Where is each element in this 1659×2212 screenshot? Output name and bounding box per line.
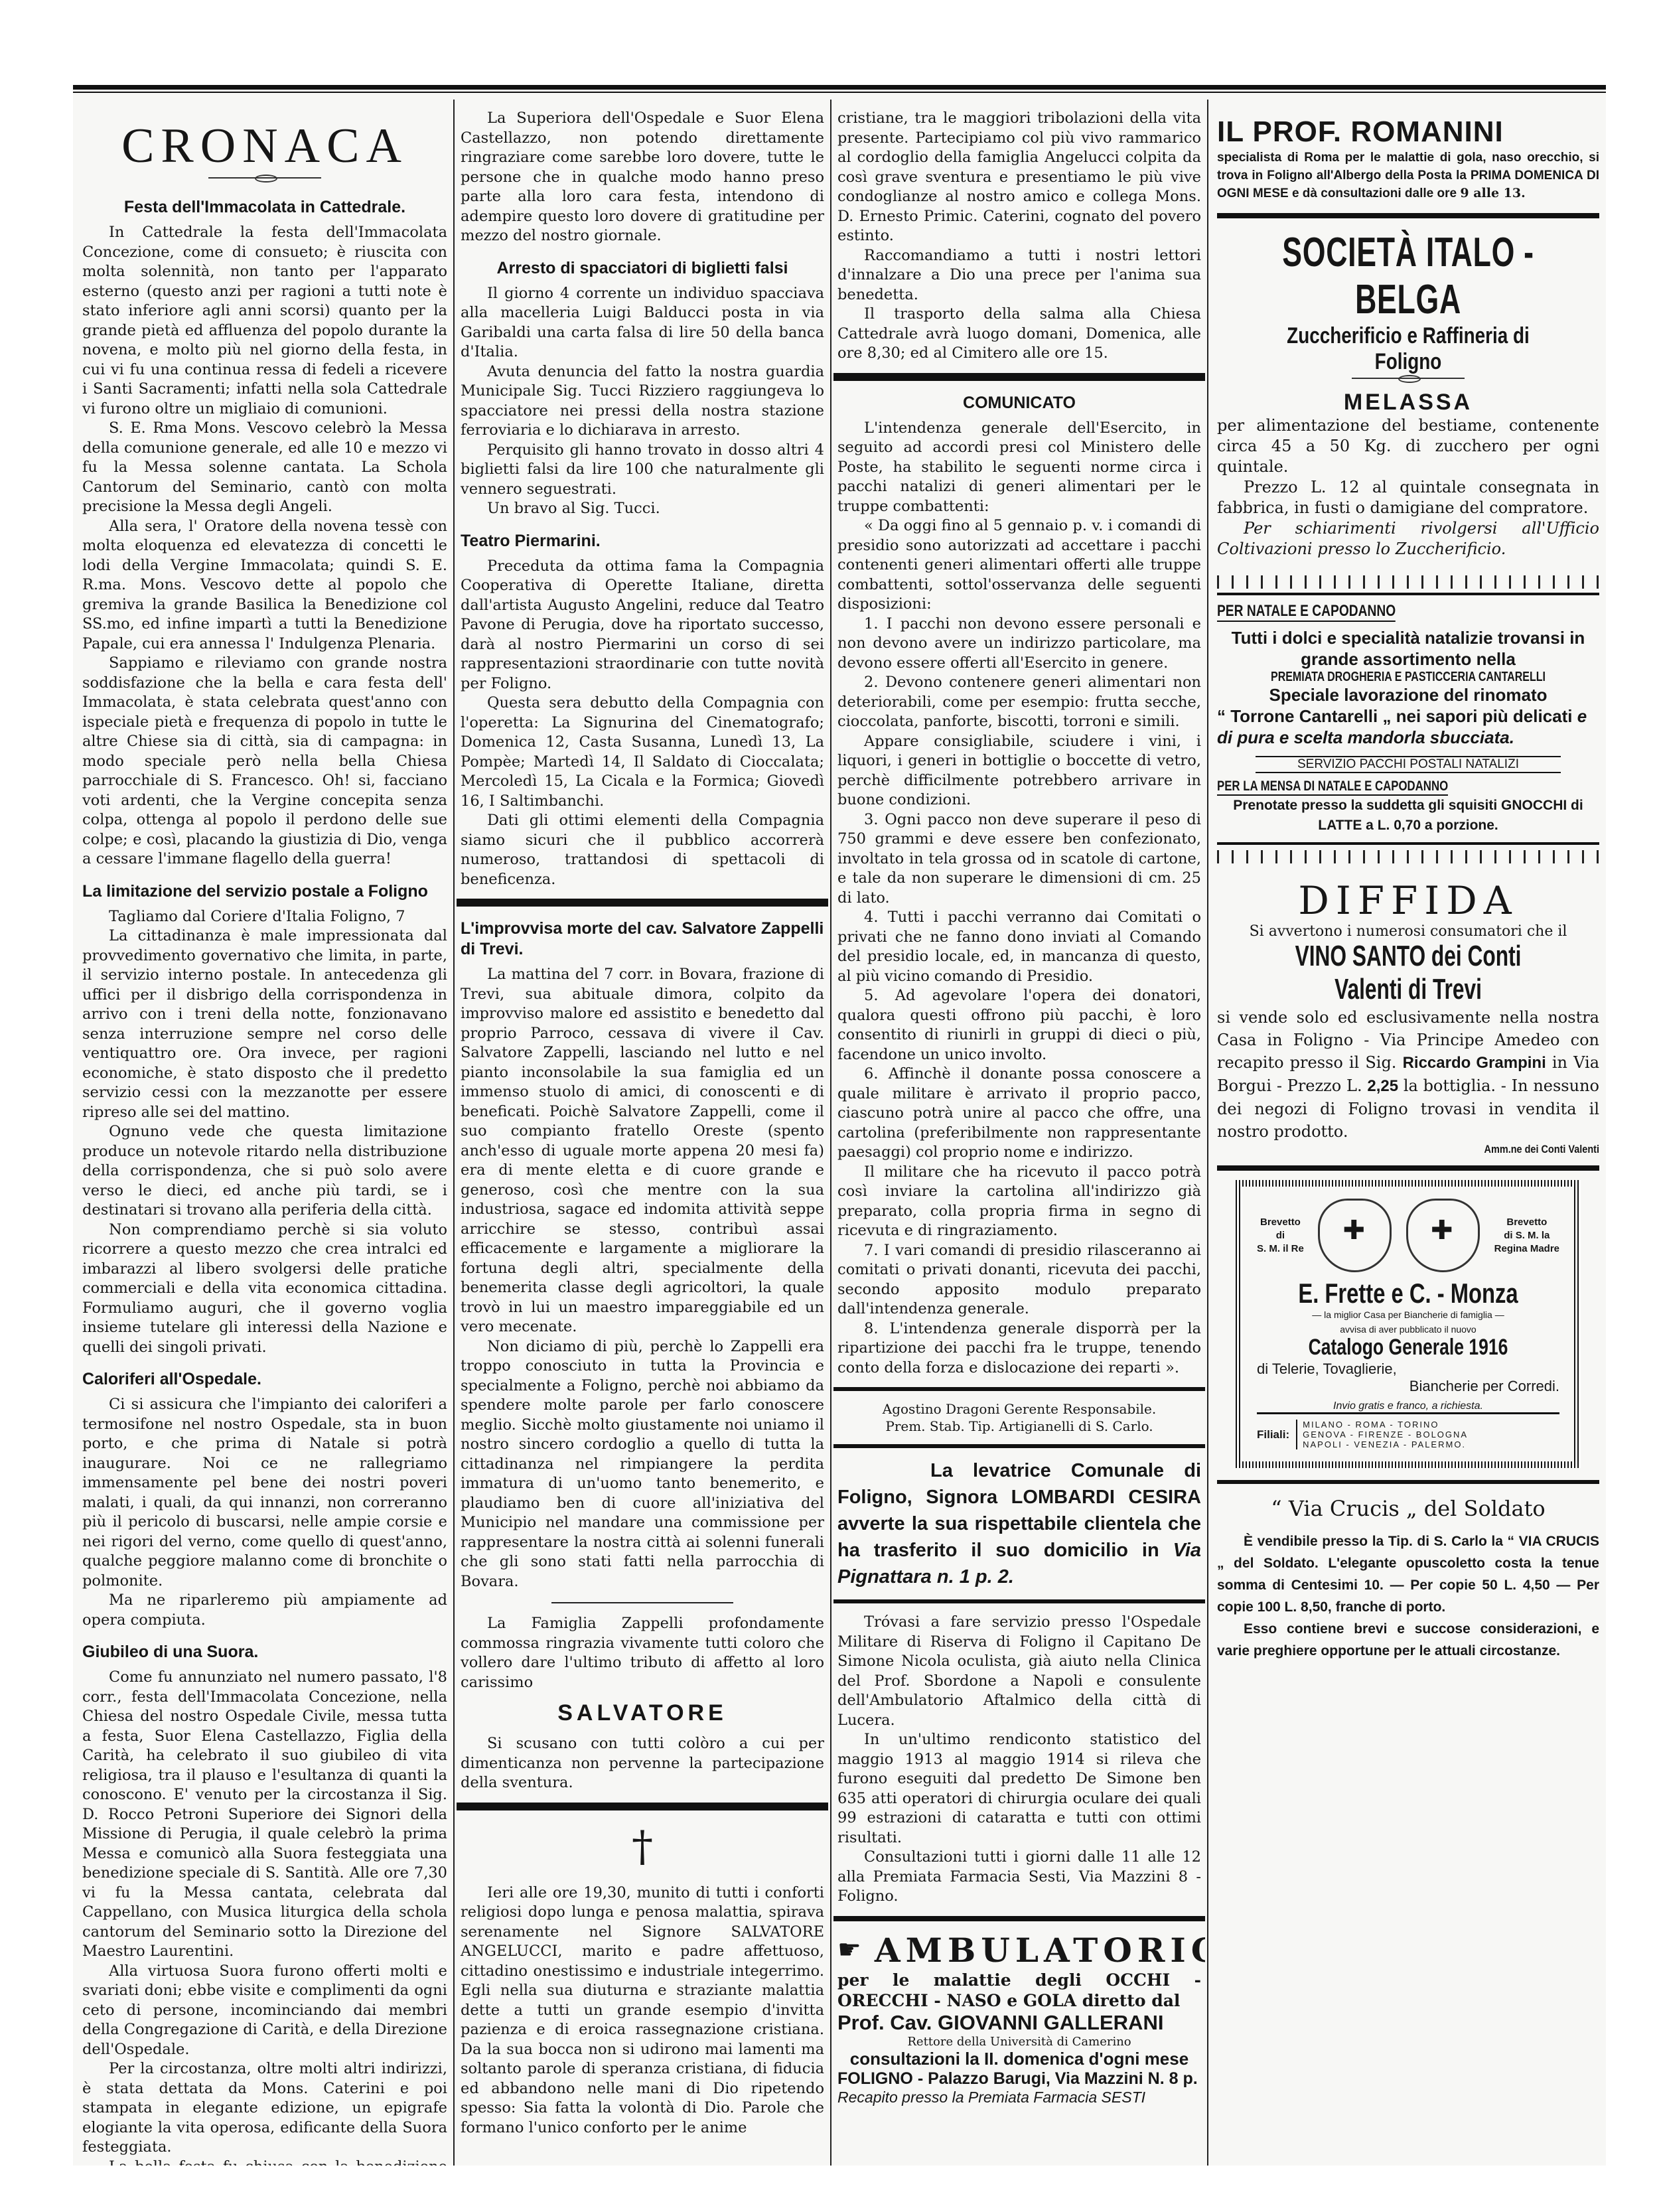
article-headline: Teatro Piermarini. (461, 531, 824, 552)
left-badge: Brevetto di S. M. il Re (1257, 1216, 1304, 1256)
article-paragraph: La cittadinanza è male impressionata dal… (82, 926, 447, 1122)
cantarelli-line2: Speciale lavorazione del rinomato (1217, 685, 1599, 705)
column-three: cristiane, tra le maggiori tribolazioni … (833, 100, 1205, 2166)
oculista-paragraph: Tróvasi a fare servizio presso l'Ospedal… (837, 1613, 1201, 1730)
italo-belga-subtitle: Zuccherificio e Raffineria di Foligno (1252, 323, 1565, 375)
article-paragraph: Non comprendiamo perchè si sia voluto ri… (82, 1220, 447, 1358)
romanini-hours: 9 alle 13. (1460, 186, 1525, 200)
comunicato-paragraph: 1. I pacchi non devono essere personali … (837, 615, 1201, 674)
article-paragraph: Il giorno 4 corrente un individuo spacci… (461, 284, 824, 362)
diffida-signature: Amm.ne dei Conti Valenti (1274, 1143, 1599, 1156)
ambulatorio-role: Rettore della Università di Camerino (837, 2035, 1201, 2049)
article-paragraph: Il trasporto della salma alla Chiesa Cat… (837, 305, 1201, 364)
diffida-product: VINO SANTO dei Conti Valenti di Trevi (1271, 940, 1546, 1006)
cantarelli-heading2: PER LA MENSA DI NATALE E CAPODANNO (1217, 778, 1448, 796)
article-paragraph: La bella festa fu chiusa con la benedizi… (82, 2158, 447, 2166)
ambulatorio-title-row: ☛ AMBULATORIO (837, 1931, 1201, 1970)
article-headline: Caloriferi all'Ospedale. (82, 1369, 447, 1390)
thanks-apology: Si scusano con tutti colòro a cui per di… (461, 1734, 824, 1793)
branch-line: NAPOLI - VENEZIA - PALERMO. (1303, 1439, 1468, 1449)
ornamental-border (1217, 842, 1599, 871)
column-divider (1207, 100, 1208, 2166)
cantarelli-torrone: “ Torrone Cantarelli „ nei sapori più de… (1217, 705, 1599, 748)
via-crucis-p1: È vendibile presso la Tip. di S. Carlo l… (1217, 1530, 1599, 1618)
frette-invio: Invio gratis e franco, a richiesta. (1257, 1400, 1559, 1414)
oculista-paragraph: In un'ultimo rendiconto statistico del m… (837, 1730, 1201, 1848)
branch-line: MILANO - ROMA - TORINO (1303, 1420, 1468, 1430)
cantarelli-shop: PREMIATA DROGHERIA E PASTICCERIA CANTARE… (1256, 670, 1561, 685)
diffida-agent: Riccardo Grampini (1403, 1054, 1546, 1072)
queen-crest-icon (1406, 1199, 1480, 1272)
badge-line: Regina Madre (1494, 1242, 1559, 1256)
ambulatorio-recapito: Recapito presso la Premiata Farmacia SES… (837, 2089, 1201, 2106)
frette-catalog: Catalogo Generale 1916 (1290, 1335, 1526, 1361)
diffida-title: DIFFIDA (1217, 878, 1599, 923)
filiali-list: MILANO - ROMA - TORINO GENOVA - FIRENZE … (1296, 1420, 1468, 1449)
frette-items1: di Telerie, Tovaglierie, (1257, 1361, 1559, 1378)
section-rule (1217, 213, 1599, 218)
article-paragraph: La mattina del 7 corr. in Bovara, frazio… (461, 965, 824, 1337)
diffida-intro: Si avvertono i numerosi consumatori che … (1217, 923, 1599, 940)
imprint-line: Prem. Stab. Tip. Artigianelli di S. Carl… (837, 1418, 1201, 1435)
article-paragraph: Ma ne riparleremo più ampiamente ad oper… (82, 1591, 447, 1630)
section-rule (1217, 1480, 1599, 1484)
article-paragraph: Preceduta da ottima fama la Compagnia Co… (461, 557, 824, 694)
article-headline: L'improvvisa morte del cav. Salvatore Za… (461, 919, 824, 960)
flourish-ornament (208, 177, 321, 185)
frette-ad: Brevetto di S. M. il Re Brevetto di S. M… (1236, 1180, 1581, 1468)
section-masthead: CRONACA (82, 118, 447, 175)
column-divider (453, 100, 455, 2166)
levatrice-notice: La levatrice Comunale di Foligno, Signor… (837, 1457, 1201, 1590)
romanini-title: IL PROF. ROMANINI (1217, 115, 1599, 149)
cantarelli-service: SERVIZIO PACCHI POSTALI NATALIZI (1256, 756, 1561, 773)
diffida-price: 2,25 (1367, 1077, 1398, 1095)
section-rule (833, 373, 1205, 381)
top-rule-thin (73, 92, 1606, 93)
article-paragraph: La Superiora dell'Ospedale e Suor Elena … (461, 109, 824, 246)
romanini-ad: specialista di Roma per le malattie di g… (1217, 149, 1599, 202)
ambulatorio-schedule: consultazioni la II. domenica d'ogni mes… (837, 2049, 1201, 2069)
article-paragraph: Avuta denuncia del fatto la nostra guard… (461, 362, 824, 441)
article-paragraph: Raccomandiamo a tutti i nostri lettori d… (837, 246, 1201, 305)
comunicato-paragraph: Il militare che ha ricevuto il pacco pot… (837, 1163, 1201, 1241)
right-badge: Brevetto di S. M. la Regina Madre (1494, 1216, 1559, 1256)
short-rule (551, 1602, 733, 1603)
melassa-contact: Per schiarimenti rivolgersi all'Ufficio … (1217, 518, 1599, 559)
filiali-label: Filiali: (1257, 1428, 1289, 1441)
article-paragraph: Alla sera, l' Oratore della novena tessè… (82, 517, 447, 654)
melassa-title: MELASSA (1217, 390, 1599, 415)
cantarelli-gnocchi: Prenotate presso la suddetta gli squisit… (1217, 796, 1599, 836)
flourish-ornament (1352, 378, 1465, 386)
romanini-body: specialista di Roma per le malattie di g… (1217, 151, 1599, 200)
section-rule (833, 1599, 1205, 1603)
article-paragraph: In Cattedrale la festa dell'Immacolata C… (82, 223, 447, 419)
badge-line: Brevetto (1257, 1216, 1304, 1229)
cantarelli-line1: Tutti i dolci e specialità natalizie tro… (1217, 627, 1599, 670)
section-rule (457, 1803, 828, 1810)
royal-crest-icon (1318, 1199, 1392, 1272)
ambulatorio-doctor: Prof. Cav. GIOVANNI GALLERANI (837, 2011, 1201, 2035)
via-crucis-title: “ Via Crucis „ del Soldato (1217, 1496, 1599, 1521)
diffida-body: si vende solo ed esclusivamente nella no… (1217, 1006, 1599, 1143)
section-rule (457, 899, 828, 907)
comunicato-paragraph: 4. Tutti i pacchi verranno dai Comitati … (837, 908, 1201, 986)
frette-branches: Filiali: MILANO - ROMA - TORINO GENOVA -… (1257, 1420, 1559, 1449)
levatrice-text: La levatrice Comunale di Foligno, Signor… (837, 1460, 1201, 1561)
torrone-text: “ Torrone Cantarelli „ nei sapori più de… (1217, 706, 1573, 726)
comunicato-paragraph: 2. Devono contenere generi alimentari no… (837, 673, 1201, 732)
badge-line: di S. M. la (1494, 1229, 1559, 1242)
column-cronaca: CRONACA Festa dell'Immacolata in Cattedr… (78, 100, 451, 2166)
article-paragraph: Ognuno vede che questa limitazione produ… (82, 1122, 447, 1220)
comunicato-paragraph: 7. I vari comandi di presidio rilasceran… (837, 1241, 1201, 1319)
comunicato-paragraph: 5. Ad agevolare l'opera dei donatori, qu… (837, 986, 1201, 1065)
ambulatorio-desc: per le malattie degli OCCHI - ORECCHI - … (837, 1970, 1201, 2011)
badge-line: Brevetto (1494, 1216, 1559, 1229)
article-paragraph: Sappiamo e rileviamo con grande nostra s… (82, 654, 447, 869)
article-headline: Giubileo di una Suora. (82, 1642, 447, 1662)
badge-line: di (1257, 1229, 1304, 1242)
melassa-body: per alimentazione del bestiame, contenen… (1217, 415, 1599, 477)
badge-line: S. M. il Re (1257, 1242, 1304, 1256)
section-rule (833, 1387, 1205, 1391)
section-rule (833, 1444, 1205, 1448)
italo-belga-title: SOCIETÀ ITALO - BELGA (1271, 229, 1546, 323)
article-paragraph: Non diciamo di più, perchè lo Zappelli e… (461, 1337, 824, 1592)
article-paragraph: Per la circostanza, oltre molti altri in… (82, 2059, 447, 2158)
article-paragraph: Come fu annunziato nel numero passato, l… (82, 1668, 447, 1962)
top-rule (73, 85, 1606, 90)
thanks-paragraph: La Famiglia Zappelli profondamente commo… (461, 1614, 824, 1692)
article-paragraph: cristiane, tra le maggiori tribolazioni … (837, 109, 1201, 246)
cantarelli-heading: PER NATALE E CAPODANNO (1217, 602, 1396, 622)
article-paragraph: Questa sera debutto della Compagnia con … (461, 694, 824, 811)
article-headline: Arresto di spacciatori di biglietti fals… (461, 258, 824, 279)
comunicato-paragraph: 3. Ogni pacco non deve superare il peso … (837, 810, 1201, 909)
cross-icon: † (461, 1822, 824, 1872)
article-paragraph: Dati gli ottimi elementi della Compagnia… (461, 811, 824, 889)
section-rule (1217, 1165, 1599, 1171)
comunicato-headline: COMUNICATO (837, 393, 1201, 413)
frette-title: E. Frette e C. - Monza (1290, 1278, 1526, 1309)
column-two: La Superiora dell'Ospedale e Suor Elena … (457, 100, 828, 2166)
article-paragraph: Un bravo al Sig. Tucci. (461, 499, 824, 519)
melassa-price: Prezzo L. 12 al quintale consegnata in f… (1217, 477, 1599, 518)
article-paragraph: Perquisito gli hanno trovato in dosso al… (461, 441, 824, 500)
newspaper-page: CRONACA Festa dell'Immacolata in Cattedr… (73, 85, 1606, 2166)
frette-notice: avvisa di aver pubblicato il nuovo (1257, 1324, 1559, 1335)
comunicato-paragraph: 6. Affinchè il donante possa conoscere a… (837, 1065, 1201, 1163)
article-headline: La limitazione del servizio postale a Fo… (82, 881, 447, 902)
ambulatorio-title: AMBULATORIO (875, 1931, 1205, 1970)
comunicato-paragraph: 8. L'intendenza generale disporrà per la… (837, 1319, 1201, 1378)
article-paragraph: Tagliamo dal Coriere d'Italia Foligno, 7 (82, 907, 447, 927)
section-rule (833, 1916, 1205, 1921)
comunicato-paragraph: Appare consigliabile, sciudere i vini, i… (837, 732, 1201, 810)
column-ads: IL PROF. ROMANINI specialista di Roma pe… (1210, 100, 1606, 2166)
oculista-paragraph: Consultazioni tutti i giorni dalle 11 al… (837, 1848, 1201, 1907)
crests-row: Brevetto di S. M. il Re Brevetto di S. M… (1257, 1199, 1559, 1272)
column-divider (830, 100, 831, 2166)
frette-tagline: — la miglior Casa per Biancherie di fami… (1257, 1309, 1559, 1320)
frette-items2: Biancherie per Corredi. (1257, 1378, 1559, 1395)
imprint-line: Agostino Dragoni Gerente Responsabile. (837, 1400, 1201, 1418)
thanks-name: SALVATORE (461, 1700, 824, 1726)
via-crucis-p2: Esso contiene brevi e succose consideraz… (1217, 1618, 1599, 1662)
obituary-paragraph: Ieri alle ore 19,30, munito di tutti i c… (461, 1883, 824, 2138)
article-headline: Festa dell'Immacolata in Cattedrale. (82, 197, 447, 218)
comunicato-paragraph: L'intendenza generale dell'Esercito, in … (837, 419, 1201, 517)
ornamental-border (1217, 566, 1599, 595)
ambulatorio-address: FOLIGNO - Palazzo Barugi, Via Mazzini N.… (837, 2069, 1201, 2089)
article-paragraph: S. E. Rma Mons. Vescovo celebrò la Messa… (82, 419, 447, 517)
article-paragraph: Alla virtuosa Suora furono offerti molti… (82, 1962, 447, 2060)
branch-line: GENOVA - FIRENZE - BOLOGNA (1303, 1430, 1468, 1439)
pointing-hand-icon: ☛ (837, 1935, 861, 1965)
comunicato-paragraph: « Da oggi fino al 5 gennaio p. v. i coma… (837, 516, 1201, 615)
article-paragraph: Ci si assicura che l'impianto dei calori… (82, 1395, 447, 1591)
